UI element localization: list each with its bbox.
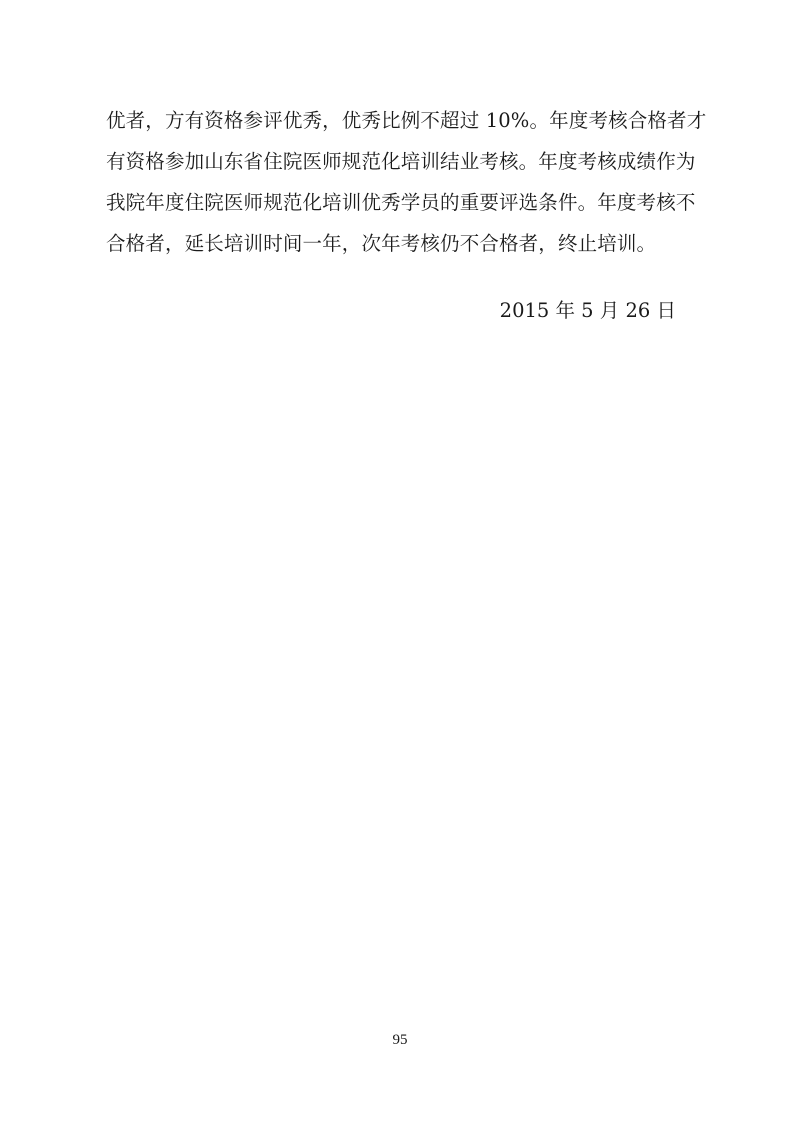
paragraph-line: 合格者，延长培训时间一年，次年考核仍不合格者，终止培训。 bbox=[106, 227, 696, 268]
paragraph: 优者，方有资格参评优秀，优秀比例不超过 10%。年度考核合格者才 有资格参加山东… bbox=[106, 104, 696, 268]
paragraph-line: 我院年度住院医师规范化培训优秀学员的重要评选条件。年度考核不 bbox=[106, 186, 696, 227]
page-number: 95 bbox=[0, 1030, 800, 1050]
document-page: 优者，方有资格参评优秀，优秀比例不超过 10%。年度考核合格者才 有资格参加山东… bbox=[0, 0, 800, 1129]
paragraph-line: 有资格参加山东省住院医师规范化培训结业考核。年度考核成绩作为 bbox=[106, 145, 696, 186]
paragraph-line: 优者，方有资格参评优秀，优秀比例不超过 10%。年度考核合格者才 bbox=[106, 104, 696, 145]
document-date: 2015 年 5 月 26 日 bbox=[500, 296, 676, 326]
